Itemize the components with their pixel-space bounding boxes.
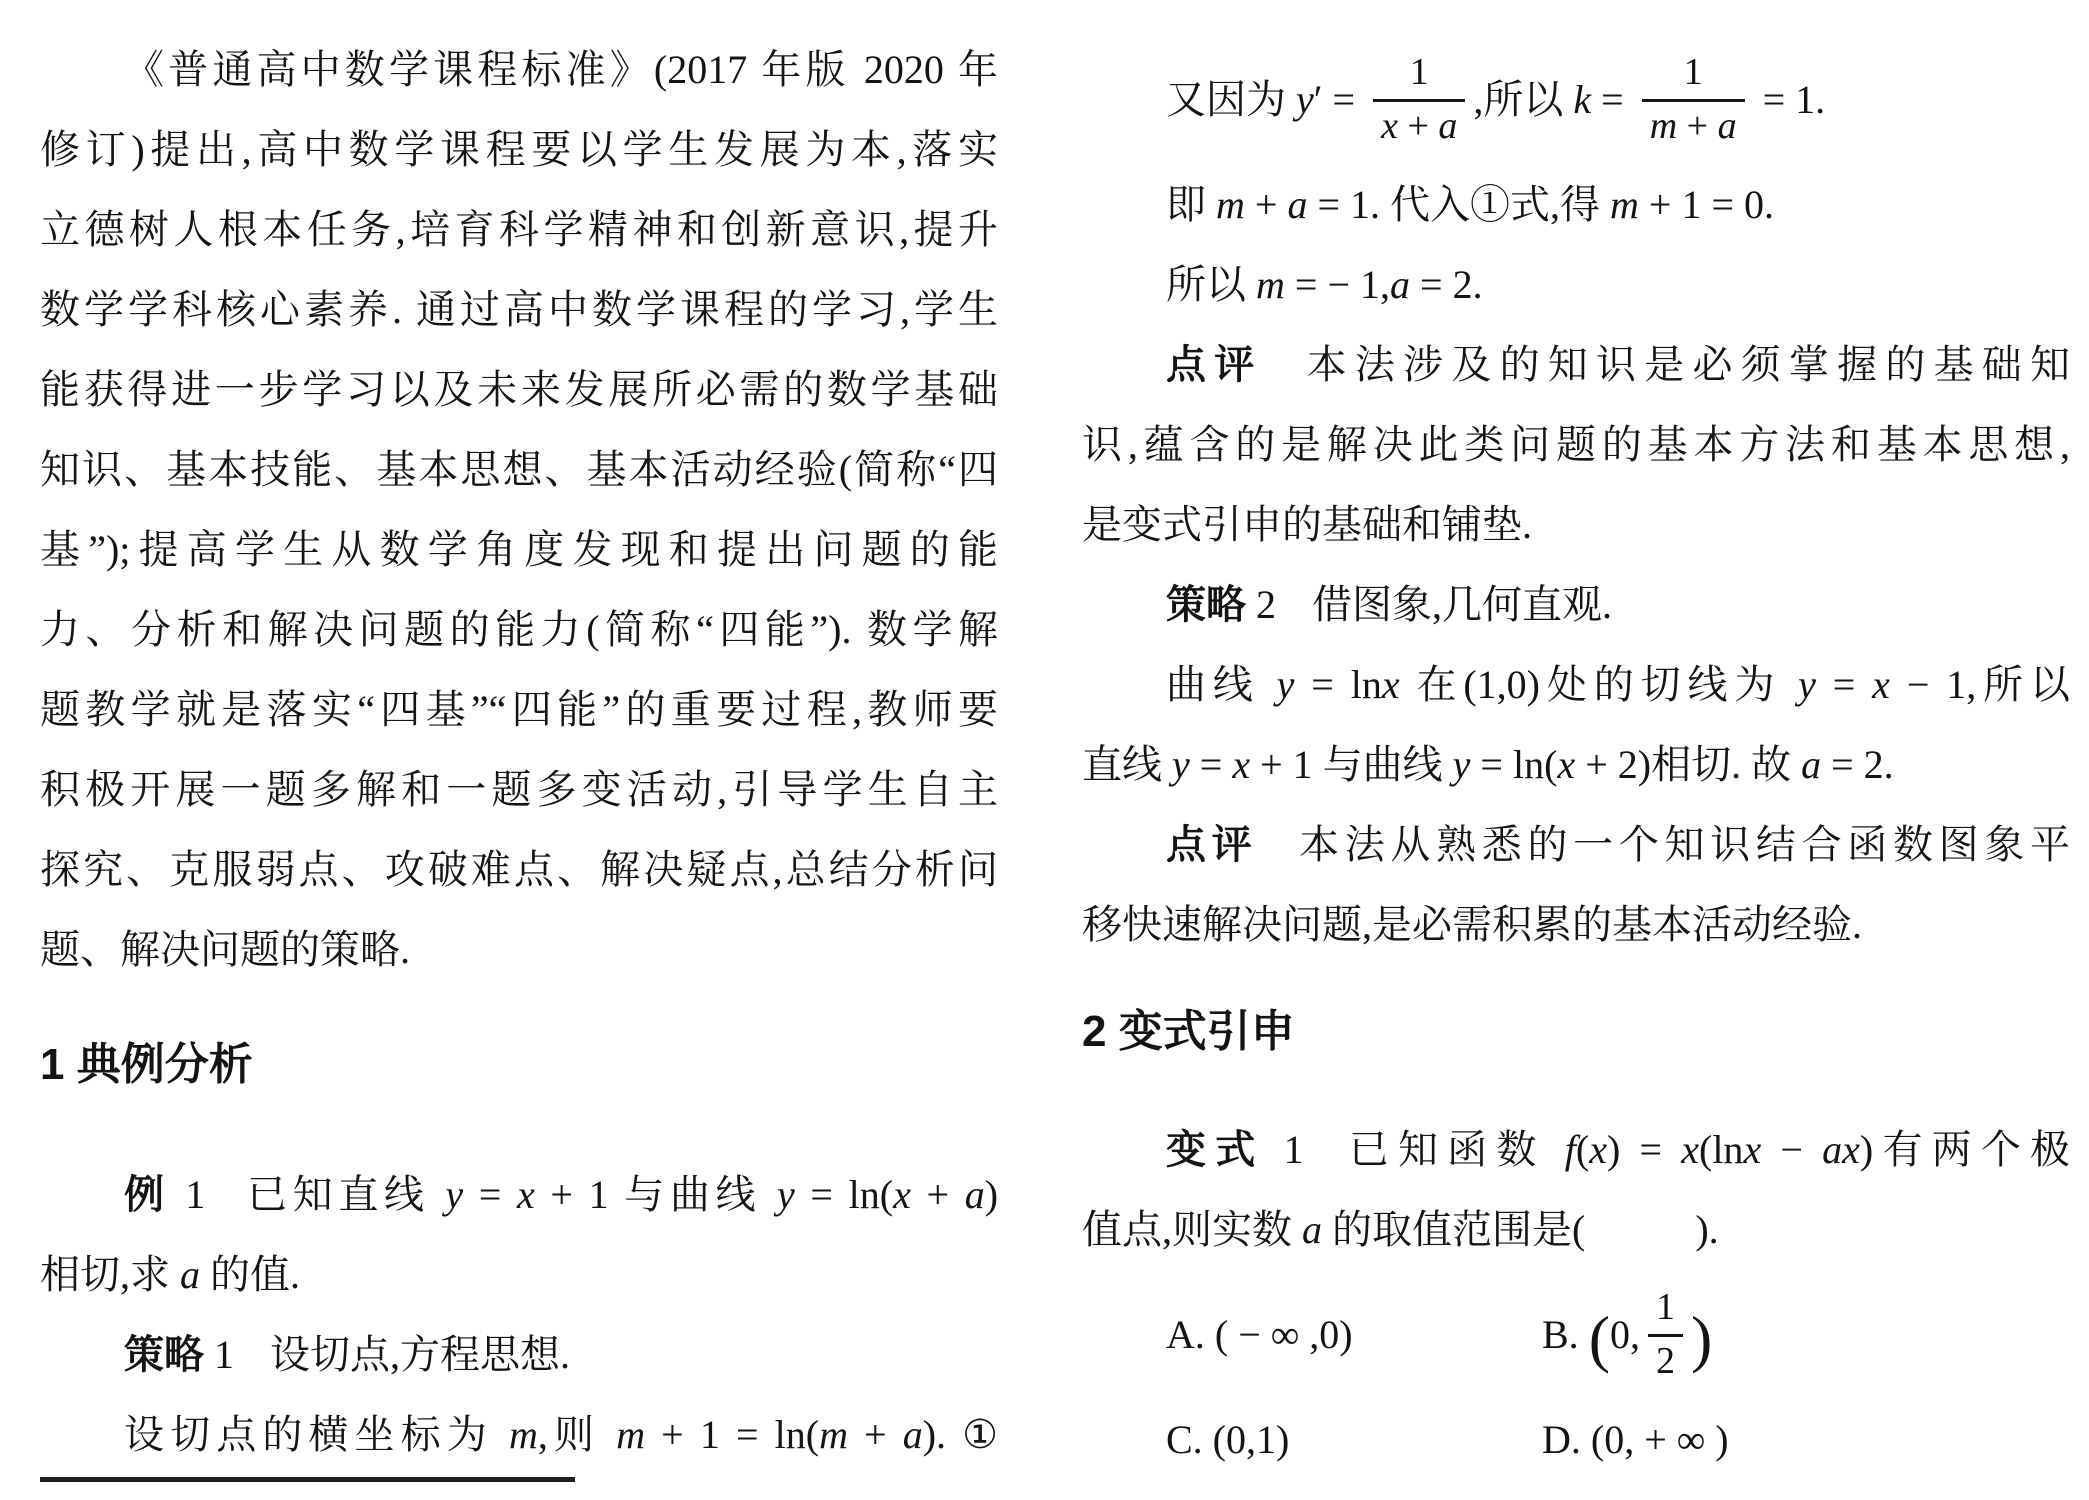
text-run: 即	[1166, 182, 1216, 227]
big-paren: (	[1589, 1303, 1610, 1374]
math-run: y = ln(x + a)	[777, 1172, 998, 1217]
math-run: y = x + 1	[445, 1172, 608, 1217]
text-run: 本法涉及的知识是必须掌握的基础知	[1298, 342, 2070, 387]
text-run: 探究、克服弱点、攻破难点、解决疑点,总结分析问	[40, 847, 998, 892]
left-column: 《普通高中数学课程标准》(2017 年版 2020 年修订)提出,高中数学课程要…	[40, 0, 998, 1475]
math-run: m	[509, 1412, 538, 1457]
fraction-denominator: 2	[1648, 1337, 1683, 1383]
text-run: 2	[1246, 582, 1276, 627]
para1-line-7: 基”);提高学生从数学角度发现和提出问题的能	[40, 510, 998, 590]
math-run: m = − 1,a = 2.	[1256, 262, 1483, 307]
math-run: y = x − 1	[1798, 662, 1966, 707]
bold-label: 变式	[1166, 1128, 1264, 1172]
math-run: m + 1 = 0.	[1610, 182, 1774, 227]
text-run: A. ( − ∞ ,0)	[1166, 1312, 1353, 1357]
text-run: 是变式引申的基础和铺垫.	[1082, 502, 1532, 547]
math-run: m + a = 1.	[1216, 182, 1380, 227]
text-run: 借图象,几何直观.	[1312, 582, 1612, 627]
option-cell: C. (0,1)	[1166, 1400, 1542, 1480]
comment-1-line-2: 识,蕴含的是解决此类问题的基本方法和基本思想,	[1082, 405, 2070, 485]
variant-1-line-1: 变式 1已知函数 f(x) = x(lnx − ax)有两个极	[1082, 1110, 2070, 1190]
para1-line-10: 积极开展一题多解和一题多变活动,引导学生自主	[40, 750, 998, 830]
text-run: 与曲线	[609, 1172, 777, 1217]
para1-line-11: 探究、克服弱点、攻破难点、解决疑点,总结分析问	[40, 830, 998, 910]
fraction-denominator: m + a	[1642, 102, 1745, 148]
strategy-2-solution-1: 曲线 y = lnx 在(1,0)处的切线为 y = x − 1,所以	[1082, 645, 2070, 725]
text-run: ,所以	[1473, 77, 1573, 122]
example-1-line-2: 相切,求 a 的值.	[40, 1235, 998, 1315]
math-run: = 1.	[1753, 77, 1826, 122]
text-run: 值点,则实数	[1082, 1207, 1302, 1252]
text-run: 力、分析和解决问题的能力(简称“四能”). 数学解	[40, 607, 998, 652]
comment-1-line-3: 是变式引申的基础和铺垫.	[1082, 485, 2070, 565]
math-run: a	[180, 1252, 200, 1297]
variant-1-line-2: 值点,则实数 a 的取值范围是().	[1082, 1190, 2070, 1270]
para1-line-1: 《普通高中数学课程标准》(2017 年版 2020 年	[40, 30, 998, 110]
bold-label: 例	[124, 1173, 170, 1217]
section-2-heading: 2 变式引申	[1082, 992, 2070, 1072]
text-run: 识,蕴含的是解决此类问题的基本方法和基本思想,	[1082, 422, 2070, 467]
fraction-denominator: x + a	[1373, 102, 1465, 148]
bold-label: 策略	[124, 1333, 204, 1377]
text-run: 2 变式引申	[1082, 1007, 1295, 1056]
text-run: 有两个极	[1873, 1127, 2070, 1172]
equation-1-line: 设切点的横坐标为 m,则 m + 1 = ln(m + a). ①	[40, 1395, 998, 1475]
text-run: 能获得进一步学习以及未来发展所必需的数学基础	[40, 367, 998, 412]
fraction-numerator: 1	[1373, 52, 1465, 102]
text-run: 相切,求	[40, 1252, 180, 1297]
text-run: ①	[946, 1412, 998, 1457]
text-run: ,则	[538, 1412, 616, 1457]
math-run: a = 2.	[1801, 742, 1894, 787]
math-run: y = ln(x + 2)	[1453, 742, 1651, 787]
big-paren: )	[1691, 1303, 1712, 1374]
text-run: D. (0, + ∞ )	[1542, 1417, 1729, 1462]
bold-label: 策略	[1166, 583, 1246, 627]
para1-line-3: 立德树人根本任务,培育科学精神和创新意识,提升	[40, 190, 998, 270]
text-run: 立德树人根本任务,培育科学精神和创新意识,提升	[40, 207, 998, 252]
comment-1-line-1: 点评本法涉及的知识是必须掌握的基础知	[1082, 325, 2070, 405]
text-run: ,所以	[1966, 662, 2070, 707]
math-run: a	[1302, 1207, 1322, 1252]
text-run: 修订)提出,高中数学课程要以学生发展为本,落实	[40, 127, 998, 172]
text-run: 1	[170, 1172, 206, 1217]
para1-line-8: 力、分析和解决问题的能力(简称“四能”). 数学解	[40, 590, 998, 670]
math-run: y′ =	[1296, 77, 1365, 122]
right-column: 又因为 y′ = 1x + a,所以 k = 1m + a = 1.即 m + …	[1082, 0, 2070, 1480]
footnote-rule	[40, 1477, 575, 1482]
fraction: 1m + a	[1642, 52, 1745, 148]
text-run: 相切. 故	[1651, 742, 1801, 787]
text-run: 积极开展一题多解和一题多变活动,引导学生自主	[40, 767, 998, 812]
text-run: 《普通高中数学课程标准》(2017 年版 2020 年	[124, 47, 998, 92]
fraction-numerator: 1	[1642, 52, 1745, 102]
options-row-1: A. ( − ∞ ,0)B. (0,12)	[1082, 1270, 2070, 1400]
text-run: 的取值范围是(	[1322, 1207, 1585, 1252]
math-run: y = lnx	[1277, 662, 1400, 707]
text-run: 设切点,方程思想.	[270, 1332, 570, 1377]
comment-2-line-1: 点评本法从熟悉的一个知识结合函数图象平	[1082, 805, 2070, 885]
text-run: 基”);提高学生从数学角度发现和提出问题的能	[40, 527, 998, 572]
math-run: k =	[1573, 77, 1633, 122]
text-run: 直线	[1082, 742, 1172, 787]
option-cell: D. (0, + ∞ )	[1542, 1400, 1729, 1480]
math-run: f(x) = x(lnx − ax)	[1565, 1127, 1874, 1172]
para1-line-9: 题教学就是落实“四基”“四能”的重要过程,教师要	[40, 670, 998, 750]
fraction: 12	[1648, 1287, 1683, 1383]
math-run: y = x + 1	[1172, 742, 1313, 787]
text-run: B.	[1542, 1312, 1589, 1357]
example-1-line-1: 例 1已知直线 y = x + 1 与曲线 y = ln(x + a)	[40, 1155, 998, 1235]
para1-line-5: 能获得进一步学习以及未来发展所必需的数学基础	[40, 350, 998, 430]
text-run: 曲线	[1166, 662, 1277, 707]
text-run: 1	[1264, 1127, 1303, 1172]
derivative-equation: 又因为 y′ = 1x + a,所以 k = 1m + a = 1.	[1082, 35, 2070, 165]
text-run: 又因为	[1166, 77, 1296, 122]
bold-label: 点评	[1166, 823, 1257, 867]
strategy-2-solution-2: 直线 y = x + 1 与曲线 y = ln(x + 2)相切. 故 a = …	[1082, 725, 2070, 805]
strategy-2-line: 策略 2借图象,几何直观.	[1082, 565, 2070, 645]
bold-label: 点评	[1166, 343, 1262, 387]
text-run: 所以	[1166, 262, 1256, 307]
text-run: 1 典例分析	[40, 1040, 253, 1089]
text-run: 已知函数	[1340, 1127, 1565, 1172]
text-run: ).	[1695, 1207, 1718, 1252]
section-1-heading: 1 典例分析	[40, 1025, 998, 1105]
solution-line-3: 所以 m = − 1,a = 2.	[1082, 245, 2070, 325]
para1-line-4: 数学学科核心素养. 通过高中数学课程的学习,学生	[40, 270, 998, 350]
math-run: m + 1 = ln(m + a).	[616, 1412, 946, 1457]
text-run: 已知直线	[241, 1172, 445, 1217]
option-cell: A. ( − ∞ ,0)	[1166, 1270, 1542, 1400]
text-run: 设切点的横坐标为	[124, 1412, 509, 1457]
text-run: 知识、基本技能、基本思想、基本活动经验(简称“四	[40, 447, 998, 492]
options-row-2: C. (0,1)D. (0, + ∞ )	[1082, 1400, 2070, 1480]
text-run: 的值.	[200, 1252, 300, 1297]
text-run: 1	[204, 1332, 234, 1377]
comment-2-line-2: 移快速解决问题,是必需积累的基本活动经验.	[1082, 885, 2070, 965]
text-run: 代入①式,得	[1380, 182, 1610, 227]
text-run: C. (0,1)	[1166, 1417, 1289, 1462]
fraction: 1x + a	[1373, 52, 1465, 148]
solution-line-2: 即 m + a = 1. 代入①式,得 m + 1 = 0.	[1082, 165, 2070, 245]
para1-line-6: 知识、基本技能、基本思想、基本活动经验(简称“四	[40, 430, 998, 510]
fraction-numerator: 1	[1648, 1287, 1683, 1337]
text-run: 数学学科核心素养. 通过高中数学课程的学习,学生	[40, 287, 998, 332]
strategy-1-line: 策略 1设切点,方程思想.	[40, 1315, 998, 1395]
text-run: 与曲线	[1313, 742, 1453, 787]
text-run: 移快速解决问题,是必需积累的基本活动经验.	[1082, 902, 1862, 947]
text-run: 0,	[1610, 1312, 1640, 1357]
text-run: 在(1,0)处的切线为	[1400, 662, 1799, 707]
option-cell: B. (0,12)	[1542, 1270, 1712, 1404]
para1-line-2: 修订)提出,高中数学课程要以学生发展为本,落实	[40, 110, 998, 190]
paper-page: { "page": {"width": 2089, "height": 1500…	[0, 0, 2089, 1500]
text-run: 题、解决问题的策略.	[40, 927, 410, 972]
text-run: 本法从熟悉的一个知识结合函数图象平	[1293, 822, 2070, 867]
text-run: 题教学就是落实“四基”“四能”的重要过程,教师要	[40, 687, 998, 732]
para1-line-12: 题、解决问题的策略.	[40, 910, 998, 990]
